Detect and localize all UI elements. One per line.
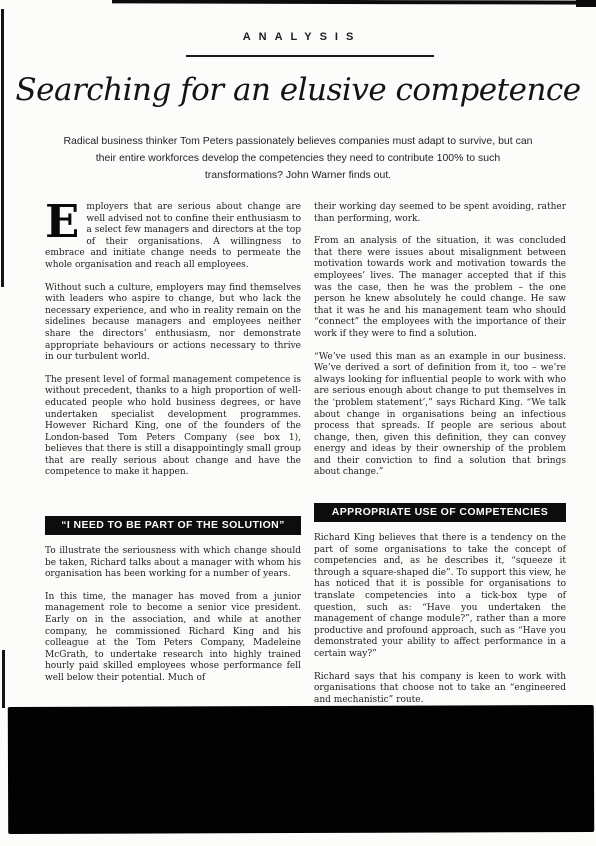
magazine-page: ANALYSIS Searching for an elusive compet… (0, 0, 596, 846)
drop-cap: E (45, 204, 79, 239)
body-paragraph: “We’ve used this man as an example in ou… (314, 352, 566, 480)
body-paragraph: Richard King believes that there is a te… (314, 533, 566, 661)
body-paragraph: Employers that are serious about change … (45, 202, 301, 272)
body-paragraph: From an analysis of the situation, it wa… (314, 236, 566, 340)
left-column: Employers that are serious about change … (45, 202, 301, 696)
scan-artifact-bottom-block (8, 705, 594, 834)
standfirst: Radical business thinker Tom Peters pass… (58, 133, 538, 184)
article-body: Employers that are serious about change … (45, 202, 566, 717)
scan-artifact-top-right (576, 0, 596, 7)
body-paragraph: In this time, the manager has moved from… (45, 592, 301, 685)
section-heading-bar: APPROPRIATE USE OF COMPETENCIES (314, 503, 566, 522)
scan-artifact-left-line-upper (1, 9, 4, 287)
section-label: ANALYSIS (0, 31, 596, 43)
body-paragraph: Richard says that his company is keen to… (314, 672, 566, 707)
body-paragraph: their working day seemed to be spent avo… (314, 202, 566, 225)
scan-artifact-left-line-lower (2, 650, 5, 708)
section-heading-bar: “I NEED TO BE PART OF THE SOLUTION” (45, 516, 301, 535)
body-paragraph: The present level of formal management c… (45, 375, 301, 479)
body-paragraph: Without such a culture, employers may fi… (45, 283, 301, 364)
section-label-rule (186, 55, 434, 57)
body-paragraph: To illustrate the seriousness with which… (45, 546, 301, 581)
article-title: Searching for an elusive competence (0, 72, 596, 108)
scan-artifact-top-strip (112, 0, 596, 5)
right-column: their working day seemed to be spent avo… (314, 202, 566, 717)
